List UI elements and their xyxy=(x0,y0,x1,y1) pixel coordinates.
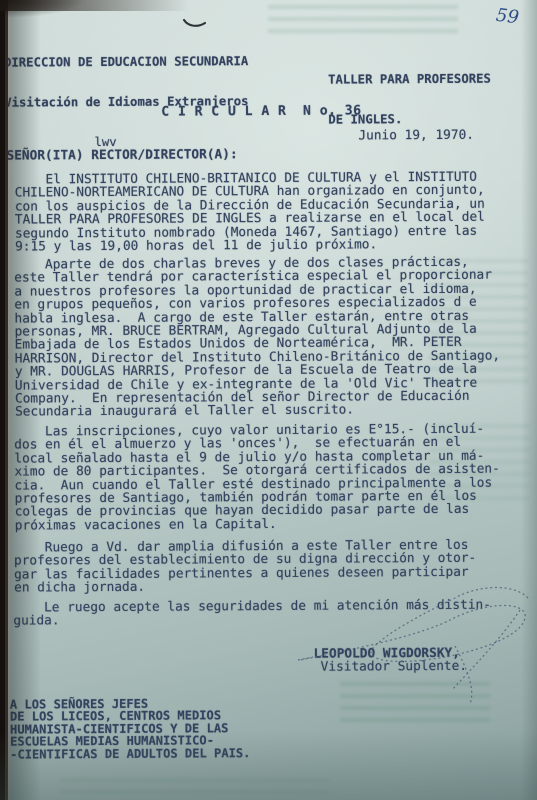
paragraph-5: Le ruego acepte las seguridades de mi at… xyxy=(13,599,491,629)
subject-line1: TALLER PARA PROFESORES xyxy=(328,72,491,86)
photo-right-shade xyxy=(521,0,537,800)
paragraph-1: El INSTITUTO CHILENO-BRITANICO DE CULTUR… xyxy=(15,171,485,254)
paragraph-3: Las inscripciones, cuyo valor unitario e… xyxy=(14,423,500,533)
letter-content: DIRECCION DE EDUCACION SECUNDARIA Visita… xyxy=(0,0,537,800)
binding-shadow xyxy=(11,0,41,800)
circular-title: C I R C U L A R N o. 36 xyxy=(161,104,361,119)
binding-edge xyxy=(0,0,11,800)
page-number-handwritten: 59 xyxy=(495,5,520,29)
photo-corner-shadow xyxy=(0,0,120,26)
paragraph-4: Ruego a Vd. dar amplia difusión a este T… xyxy=(14,539,477,595)
salutation: SEÑOR(ITA) RECTOR/DIRECTOR(A): xyxy=(6,148,237,163)
document-page: DIRECCION DE EDUCACION SECUNDARIA Visita… xyxy=(0,0,537,800)
signatory-role: Visitador Suplente. xyxy=(321,660,467,674)
paragraph-2: Aparte de dos charlas breves y de dos cl… xyxy=(14,256,500,420)
date: Junio 19, 1970. xyxy=(358,129,474,143)
photo-bottom-shade xyxy=(0,730,537,800)
